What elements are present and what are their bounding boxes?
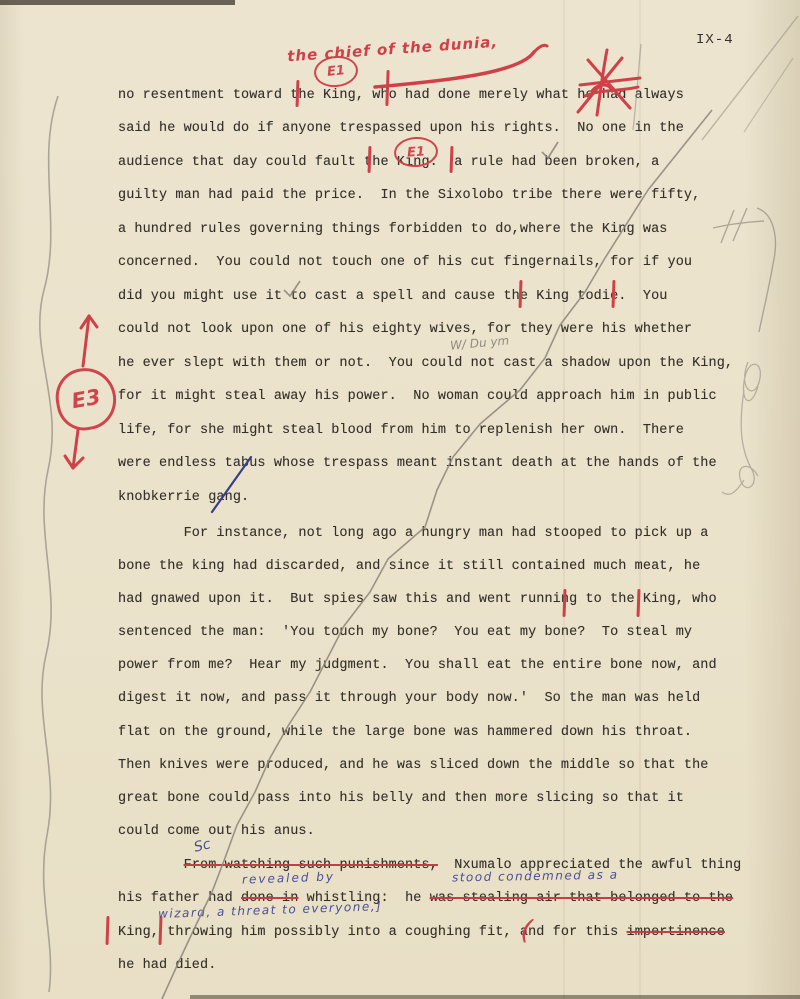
typed-line: he ever slept with them or not. You coul… — [118, 356, 733, 372]
typed-line-with-strikes: King, throwing him possibly into a cough… — [118, 925, 725, 941]
right-margin-pencil-loops — [722, 362, 760, 494]
typed-line-with-strikes: From watching such punishments, Nxumalo … — [118, 858, 741, 874]
typed-line: no resentment toward the King, who had d… — [118, 88, 684, 104]
typed-line: for it might steal away his power. No wo… — [118, 389, 717, 405]
page-number: IX-4 — [696, 32, 734, 48]
red-insert-swoosh-tip — [534, 45, 547, 52]
scan-edge-top — [0, 0, 235, 5]
red-edit-bar — [105, 916, 109, 945]
scan-edge-bottom — [190, 995, 800, 999]
typed-line: Then knives were produced, and he was sl… — [118, 758, 709, 774]
left-margin-wavy-line — [40, 96, 58, 992]
typed-line: sentenced the man: 'You touch my bone? Y… — [118, 625, 692, 641]
typed-line: concerned. You could not touch one of hi… — [118, 255, 692, 271]
right-margin-pencil-hook — [713, 208, 775, 332]
line-segment — [118, 858, 184, 873]
typed-line: he had died. — [118, 958, 216, 974]
red-paren-mark: ( — [519, 914, 534, 946]
typed-line: flat on the ground, while the large bone… — [118, 725, 692, 741]
typed-line: great bone could pass into his belly and… — [118, 791, 684, 807]
red-edit-bar — [563, 589, 567, 617]
manuscript-page: IX-4 no resentment toward the King, who … — [0, 0, 800, 999]
red-insert-note: the chief of the dunia, — [287, 33, 499, 66]
line-segment: throwing him possibly into a coughing fi… — [159, 925, 626, 940]
typed-line: said he would do if anyone trespassed up… — [118, 121, 684, 137]
typed-line: did you might use it to cast a spell and… — [118, 289, 668, 305]
struck-segment: impertinence — [627, 925, 725, 940]
typed-line: had gnawed upon it. But spies saw this a… — [118, 592, 717, 608]
typed-line: knobkerrie gang. — [118, 490, 249, 506]
typed-line: For instance, not long ago a hungry man … — [118, 526, 709, 542]
paper-crease — [563, 0, 565, 999]
typed-line: bone the king had discarded, and since i… — [118, 559, 700, 575]
typed-line: were endless tabus whose trespass meant … — [118, 456, 717, 472]
e3-badge: E3 — [51, 363, 121, 434]
typed-line: audience that day could fault the King: … — [118, 155, 659, 171]
struck-segment: was stealing air that belonged to the — [430, 891, 733, 906]
typed-line: a hundred rules governing things forbidd… — [118, 222, 668, 238]
typed-line: life, for she might steal blood from him… — [118, 423, 684, 439]
typed-line: could not look upon one of his eighty wi… — [118, 322, 692, 338]
red-scribble-deletion — [578, 50, 640, 115]
line-segment: King, — [118, 925, 159, 940]
typed-line: power from me? Hear my judgment. You sha… — [118, 658, 717, 674]
typed-line: digest it now, and pass it through your … — [118, 691, 700, 707]
typed-line: guilty man had paid the price. In the Si… — [118, 188, 700, 204]
blue-sc-mark: Sc — [192, 836, 212, 856]
paper-crease — [639, 0, 641, 999]
pencil-diagonal — [744, 58, 793, 132]
blue-revealed-by-note: revealed by — [242, 869, 335, 886]
blue-stood-condemned-note: stood condemned as a — [452, 868, 619, 885]
typed-line: could come out his anus. — [118, 824, 315, 840]
